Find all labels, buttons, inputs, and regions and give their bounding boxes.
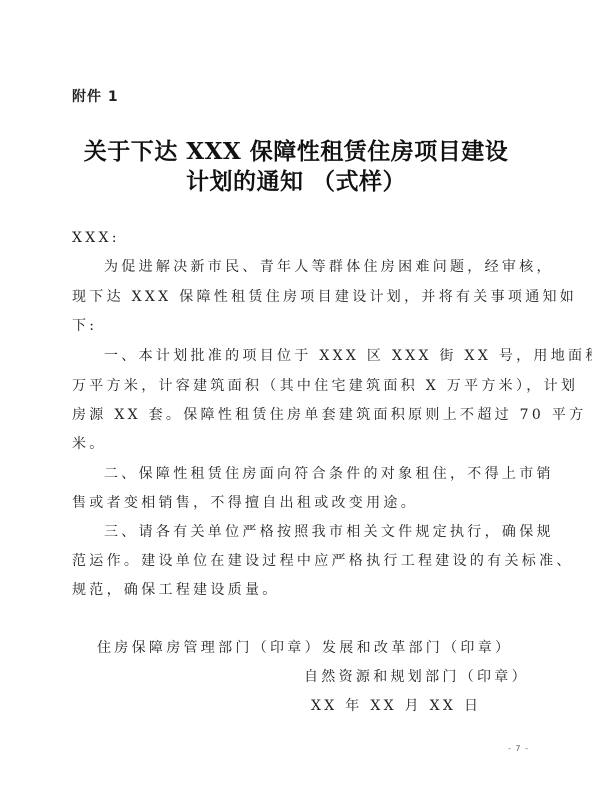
paragraph-intro-line: 现下达 XXX 保障性租赁住房项目建设计划，并将有关事项通知如 bbox=[72, 288, 577, 306]
signature-natural-resources-dept: 自然资源和规划部门（印章） bbox=[304, 668, 529, 686]
paragraph-item-1-line: 一、本计划批准的项目位于 XXX 区 XXX 街 XX 号，用地面积 XX bbox=[104, 347, 592, 365]
paragraph-item-3-line: 范运作。建设单位在建设过程中应严格执行工程建设的有关标准、 bbox=[72, 552, 574, 570]
paragraph-item-2-line: 售或者变相销售，不得擅自出租或改变用途。 bbox=[72, 494, 418, 512]
signature-housing-dept: 住房保障房管理部门（印章） bbox=[97, 639, 322, 657]
paragraph-item-2-line: 二、保障性租赁住房面向符合条件的对象租住，不得上市销 bbox=[104, 465, 554, 483]
page-number: - 7 - bbox=[508, 744, 529, 753]
document-title-line-1: 关于下达 XXX 保障性租赁住房项目建设 bbox=[0, 133, 592, 166]
paragraph-item-3-line: 三、请各有关单位严格按照我市相关文件规定执行，确保规 bbox=[104, 523, 554, 541]
paragraph-item-1-line: 万平方米，计容建筑面积（其中住宅建筑面积 X 万平方米），计划 bbox=[72, 377, 578, 395]
document-page: 附件 1 关于下达 XXX 保障性租赁住房项目建设 计划的通知 （式样） XXX… bbox=[0, 0, 592, 790]
paragraph-intro-line: 为促进解决新市民、青年人等群体住房困难问题，经审核， bbox=[104, 258, 554, 276]
paragraph-item-1-line: 房源 XX 套。保障性租赁住房单套建筑面积原则上不超过 70 平方 bbox=[72, 406, 586, 424]
paragraph-item-1-line: 米。 bbox=[72, 435, 107, 453]
signature-date: XX 年 XX 月 XX 日 bbox=[311, 697, 481, 715]
signature-development-dept: 发展和改革部门（印章） bbox=[322, 639, 512, 657]
document-title-line-2: 计划的通知 （式样） bbox=[0, 163, 592, 196]
paragraph-intro-line: 下: bbox=[72, 317, 97, 335]
salutation: XXX: bbox=[72, 229, 120, 247]
attachment-label: 附件 1 bbox=[72, 86, 119, 106]
paragraph-item-3-line: 规范，确保工程建设质量。 bbox=[72, 581, 280, 599]
